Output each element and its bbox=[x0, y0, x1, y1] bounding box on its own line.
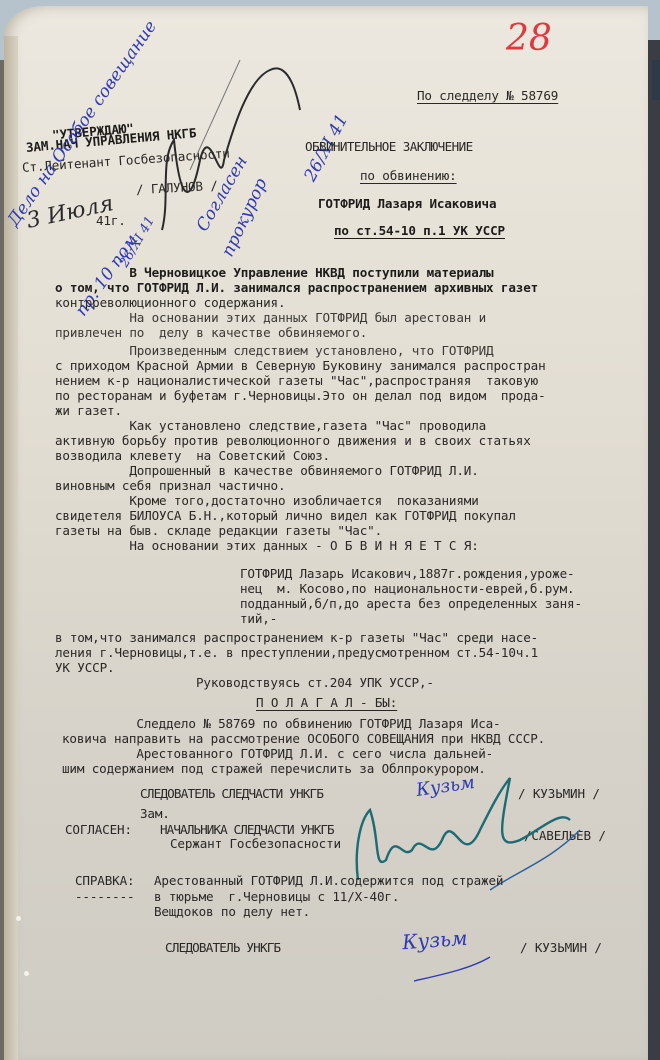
accused-name-heading: ГОТФРИД Лазаря Исаковича bbox=[318, 196, 496, 211]
final-signature-stroke bbox=[410, 955, 500, 985]
deputy-label: Зам. bbox=[140, 806, 170, 821]
reference-line3: Вещдоков по делу нет. bbox=[154, 904, 310, 919]
document-heading: ОБВИНИТЕЛЬНОЕ ЗАКЛЮЧЕНИЕ bbox=[305, 139, 473, 154]
agreed-label: СОГЛАСЕН: bbox=[65, 822, 132, 837]
reference-line1: Арестованный ГОТФРИД Л.И.содержится под … bbox=[154, 873, 503, 888]
chief-title: НАЧАЛЬНИКА СЛЕДЧАСТИ УНКГБ bbox=[160, 822, 334, 837]
punch-hole bbox=[16, 916, 21, 921]
page-number: 28 bbox=[506, 18, 552, 59]
page-edge bbox=[4, 36, 18, 1060]
document-subheading: по обвинению: bbox=[360, 168, 457, 183]
guided-by: Руководствуясь ст.204 УПК УССР,- bbox=[196, 675, 434, 690]
reference-dash: -------- bbox=[75, 889, 134, 904]
investigator-title: СЛЕДОВАТЕЛЬ СЛЕДЧАСТИ УНКГБ bbox=[140, 786, 323, 801]
punch-hole bbox=[24, 971, 29, 976]
chief-rank: Сержант Госбезопасности bbox=[170, 836, 341, 851]
background-right-accent bbox=[652, 60, 660, 100]
approver-signature bbox=[150, 40, 310, 240]
resolved-heading: П О Л А Г А Л - БЫ: bbox=[256, 695, 397, 710]
background-right bbox=[648, 40, 660, 1060]
reference-label: СПРАВКА: bbox=[75, 873, 134, 888]
article-heading: по ст.54-10 п.1 УК УССР bbox=[334, 223, 505, 238]
case-reference: По следделу № 58769 bbox=[417, 88, 558, 103]
chief-signature bbox=[350, 770, 580, 890]
final-investigator-name: / КУЗЬМИН / bbox=[520, 940, 602, 955]
final-investigator-title: СЛЕДОВАТЕЛЬ УНКГБ bbox=[165, 940, 280, 955]
reference-line2: в тюрьме г.Черновицы с 11/X-40г. bbox=[154, 889, 399, 904]
final-signature: Кузьм bbox=[401, 926, 468, 955]
